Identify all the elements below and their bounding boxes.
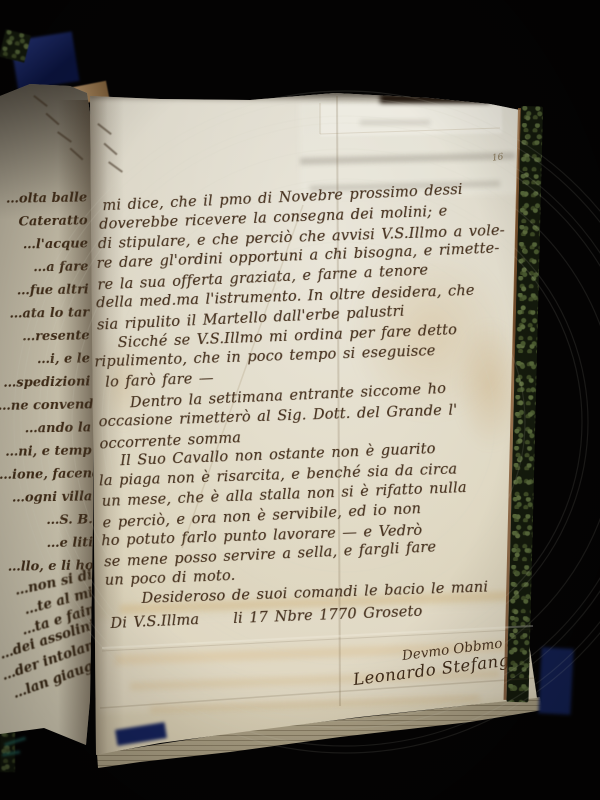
folio-number: 16 — [491, 152, 504, 163]
manuscript-photo: …olta balle Cateratto …l'acque …a fare …… — [0, 0, 600, 800]
letter-dateline: li 17 Nbre 1770 Groseto — [233, 603, 423, 630]
ink-showthrough — [360, 120, 430, 125]
gutter-shadow-right — [88, 90, 124, 762]
gutter-shadow-left — [58, 100, 94, 750]
letter-body: mi dice, che il pmo di Novebre prossimo … — [96, 179, 553, 689]
paper-fold-panel-bright — [320, 101, 503, 136]
page-top-smudge — [380, 94, 490, 103]
book-binding-blue-right — [538, 647, 573, 715]
